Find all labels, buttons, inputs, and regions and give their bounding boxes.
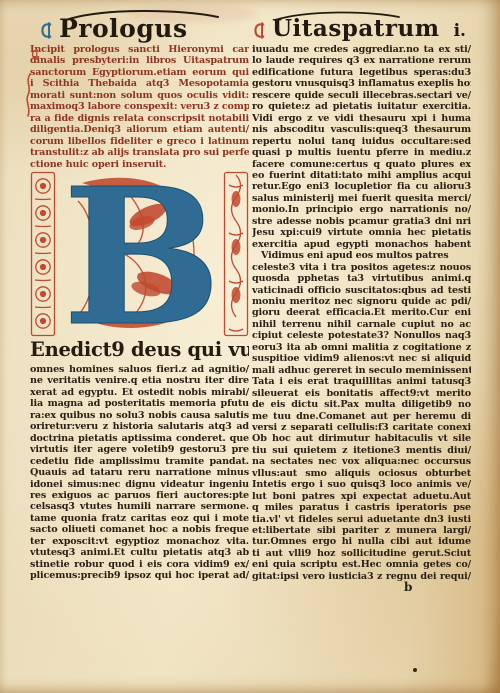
text-line: monio.In principio ergo narrationis no/ <box>252 204 471 215</box>
text-line: na sectates nec vox aliqua:nec occursus <box>252 456 471 467</box>
text-line: sileuerat eis bonitatis affect9:vt merit… <box>252 388 471 399</box>
text-line: xerat ad egyptu. Et ostedit nobis mirabi… <box>30 387 249 398</box>
text-line: gitat:ipsi vero iusticia3 z regnu dei re… <box>252 571 471 582</box>
text-line: Intetis ergo i suo quisq3 loco animis ve… <box>252 479 471 490</box>
text-line: salus ministerij mei fuerit quesita merc… <box>252 193 471 204</box>
text-line: eo fuerint ditati:tato mihi amplius acqu… <box>252 170 471 181</box>
text-line: ro quiete:z ad pietatis iuitatur exercit… <box>252 101 471 112</box>
text-line: sanctorum Egyptiorum.etiam eorum qui <box>30 67 249 78</box>
text-line: Vidi ergo z ve vidi thesauru xpi i huma <box>252 113 471 124</box>
text-line: quasi p multis iuentu pferre in mediu.z <box>252 147 471 158</box>
text-line: celsasq3 vtutes humili narrare sermone. <box>30 501 249 512</box>
text-line: plicemus:precib9 ipsoz qui hoc iperat ad… <box>30 570 249 581</box>
text-line: sacto oliueti comanet hoc a nobis freque <box>30 524 249 535</box>
incipit-line: Enedict9 deus qui vult <box>30 339 249 361</box>
text-line: virtutis iter agere voletib9 gestoru3 pr… <box>30 444 249 455</box>
text-line: tur.Omnes ergo hi nulla cibi aut idume <box>252 536 471 547</box>
text-line: diligentia.Deniq3 aliorum etiam autenti/ <box>30 124 249 135</box>
text-line: lut boni patres xpi expectat aduetu.Aut <box>252 491 471 502</box>
text-line: iuuadu me credes aggrediar.no ta ex sti/ <box>252 44 471 55</box>
text-line: facere comune:certus q quato plures ex <box>252 159 471 170</box>
calligraphic-swash <box>272 9 402 21</box>
text-line: moniu meritoz nec signoru quide ac pdi/ <box>252 296 471 307</box>
left-body-text: omnes homines saluos fieri.z ad agnitio/… <box>30 364 249 582</box>
text-line: cipiut celeste potestate3? Nonullos naq3 <box>252 330 471 341</box>
text-line: nis abscoditu vasculis:queq3 thesaurum <box>252 124 471 135</box>
text-line: Ob hoc aut dirimutur habitaculis vt sile <box>252 433 471 444</box>
text-line: rescere quide seculi illecebras.sectari … <box>252 90 471 101</box>
text-line: lo laude requires q3 ex narratione rerum <box>252 55 471 66</box>
text-line: maximoq3 labore conspexit: veru3 z compl… <box>30 101 249 112</box>
text-line: vaticinadi officio suscitatos:qbus ad te… <box>252 285 471 296</box>
text-line: q miles paratus i castris iperatoris pse <box>252 502 471 513</box>
text-line: gioru deerat efficacia.Et merito.Cur eni <box>252 307 471 318</box>
text-line: repertu nolui tanq iuidus occultare:sed <box>252 136 471 147</box>
text-line: exercitia apud egypti monachos habent <box>252 239 471 250</box>
illuminated-initial-B: B <box>30 171 249 337</box>
text-line: Quauis ad tataru reru narratione minus <box>30 467 249 478</box>
text-line: i Scithia Thebaida atq3 Mesopotamia <box>30 78 249 89</box>
text-line: tia.vl' vt fideles serui aduetante dn3 i… <box>252 514 471 525</box>
text-line: omnes homines saluos fieri.z ad agnitio/ <box>30 364 249 375</box>
text-line: ter exposcit:vt egyptioz monachoz vita. <box>30 536 249 547</box>
capitulum-icon <box>31 46 40 65</box>
paper-speck <box>413 668 417 672</box>
text-line: Jesu xpi:cui9 virtute omnia hec pietatis <box>252 227 471 238</box>
text-line: nihil terrenu nihil carnale cupiut no ac <box>252 319 471 330</box>
calligraphic-swash <box>62 7 222 21</box>
text-line: versi z separati cellulis:f3 caritate co… <box>252 422 471 433</box>
text-line: de eis dictu sit.Pax multa diligetib9 no <box>252 399 471 410</box>
text-line: ctione huic operi inseruit. <box>30 159 249 170</box>
manuscript-page: Prologus Uitaspatrum i. Incipit p <box>0 0 500 693</box>
text-line: ti aut vlli9 hoz sollicitudine gerut.Sci… <box>252 548 471 559</box>
text-line: tiu sui quietem z itetione3 mentis diui/ <box>252 445 471 456</box>
text-line: tame quonia fratz caritas eoz qui i mote <box>30 513 249 524</box>
text-line: ra:ex quibus no solu3 nobis causa saluti… <box>30 410 249 421</box>
svg-text:B: B <box>63 171 222 337</box>
rubric: Incipit prologus sancti Hieronymi cardin… <box>30 44 249 170</box>
text-line: Incipit prologus sancti Hieronymi car <box>30 44 249 55</box>
text-line: Vidimus eni apud eos multos patres <box>252 250 471 261</box>
text-line: Tata i eis erat traquillitas animi tatus… <box>252 376 471 387</box>
text-line: me tuu dne.Comanet aut per heremu di <box>252 411 471 422</box>
text-line: retur.Ego eni3 locupletior fia cu alioru… <box>252 181 471 192</box>
text-line: edificatione futura legetibus speras:du3 <box>252 67 471 78</box>
text-line: transtulit:z ab alijs translata pro sui … <box>30 147 249 158</box>
text-line: cedetiu fide amplissimu tramite pandat. <box>30 456 249 467</box>
text-line: mali adhuc gereret in seculo meminissent <box>252 365 471 376</box>
text-line: lia magna ad posteritatis memoria pfutu <box>30 398 249 409</box>
text-line: doctrina pietatis aptissima conderet. qu… <box>30 433 249 444</box>
text-line: res exiguos ac paruos fieri auctores:pte <box>30 490 249 501</box>
text-line: et:libertate sibi pariter z munera largi… <box>252 525 471 536</box>
text-line: stre adesse nobis pcamur gratia3 dni nri <box>252 216 471 227</box>
text-line: oriretur:veru z historia salutaris atq3 … <box>30 421 249 432</box>
text-line: gestoru vnusquisq3 inflamatus exeplis ho… <box>252 78 471 89</box>
text-line: corum libellos fideliter e greco i latin… <box>30 136 249 147</box>
text-line: ra a fide dignis relata conscripsit nota… <box>30 113 249 124</box>
text-line: idonei simus:nec dignu videatur ingeniu <box>30 479 249 490</box>
folio-number: i. <box>454 21 466 41</box>
left-column: Incipit prologus sancti Hieronymi cardin… <box>30 44 249 584</box>
text-line: stinetie robur quod i eis cora vidim9 ex… <box>30 559 249 570</box>
text-line: morati sunt:non solum quos oculis vidit: <box>30 90 249 101</box>
text-line: vtutesq3 animi.Et cultu pietatis atq3 ab <box>30 547 249 558</box>
text-line: vllus:aut smo aliquis ociosus obturbet <box>252 468 471 479</box>
signature-mark: b <box>404 580 412 594</box>
text-line: eoru3 ita ab omni malitia z cogitatione … <box>252 342 471 353</box>
text-line: ne veritatis venire.q etia nostru iter d… <box>30 375 249 386</box>
text-line: eni quia scriptu est.Hec omnia getes co/ <box>252 559 471 570</box>
text-line: dinalis presbyteri:in libros Uitaspatrum <box>30 55 249 66</box>
text-line: suspitioe vidim9 alienos:vt nec si aliqu… <box>252 353 471 364</box>
right-column: iuuadu me credes aggrediar.no ta ex sti/… <box>252 44 471 584</box>
text-line: quosda pphetas ta3 virtutibus animi.q <box>252 273 471 284</box>
text-line: celeste3 vita i tra positos agetes:z nou… <box>252 262 471 273</box>
